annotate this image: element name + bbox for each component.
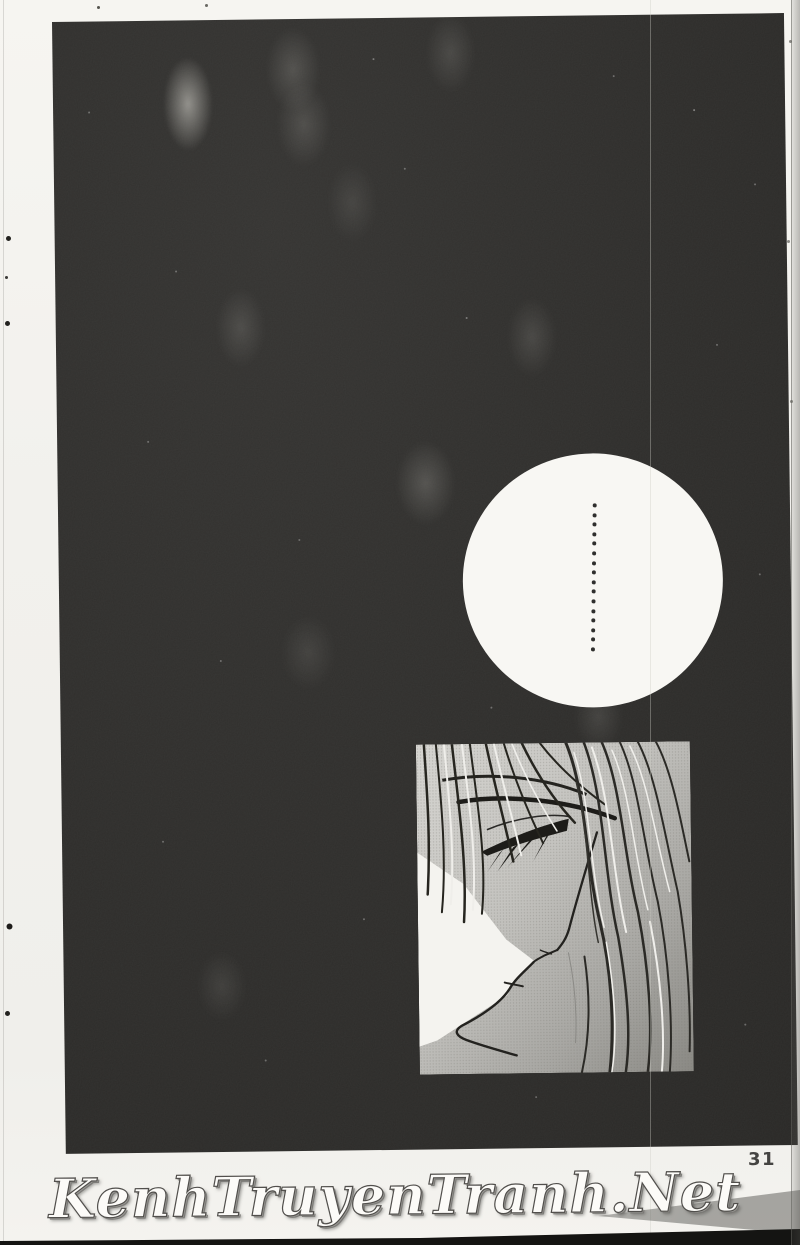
page-edge-right	[791, 0, 800, 1245]
light-smudge	[395, 440, 456, 526]
face-artwork	[416, 741, 694, 1074]
light-smudge	[276, 82, 332, 168]
silence-dot	[593, 503, 597, 507]
silence-dots	[591, 503, 597, 651]
silence-dot	[592, 580, 596, 584]
light-smudge	[265, 27, 321, 113]
silence-dot	[592, 571, 596, 575]
silence-dot	[593, 513, 597, 517]
ink-specks	[0, 0, 3, 3]
left-binding-line	[3, 0, 4, 1245]
silence-dot	[591, 619, 595, 623]
silence-dot	[591, 609, 595, 613]
light-smudge	[425, 13, 476, 93]
light-smudge	[327, 162, 378, 243]
silence-dot	[592, 590, 596, 594]
light-smudge	[280, 615, 336, 691]
manga-page-scan: 31 KenhTruyenTranh.Net	[0, 0, 800, 1245]
light-smudge	[196, 951, 247, 1022]
speech-bubble	[461, 452, 724, 709]
light-smudge	[506, 297, 557, 378]
black-art-panel	[52, 13, 798, 1154]
silence-dot	[592, 542, 596, 546]
silence-dot	[592, 532, 596, 536]
light-smudge	[215, 287, 266, 368]
silence-dot	[592, 599, 596, 603]
silence-dot	[592, 523, 596, 527]
silence-dot	[591, 647, 595, 651]
silence-dot	[592, 551, 596, 555]
face-panel	[416, 741, 694, 1074]
silence-dot	[592, 561, 596, 565]
dust-speckles	[52, 22, 54, 24]
light-smudge	[162, 56, 213, 152]
silence-dot	[591, 638, 595, 642]
silence-dot	[591, 628, 595, 632]
watermark-text: KenhTruyenTranh.Net	[0, 1162, 790, 1230]
